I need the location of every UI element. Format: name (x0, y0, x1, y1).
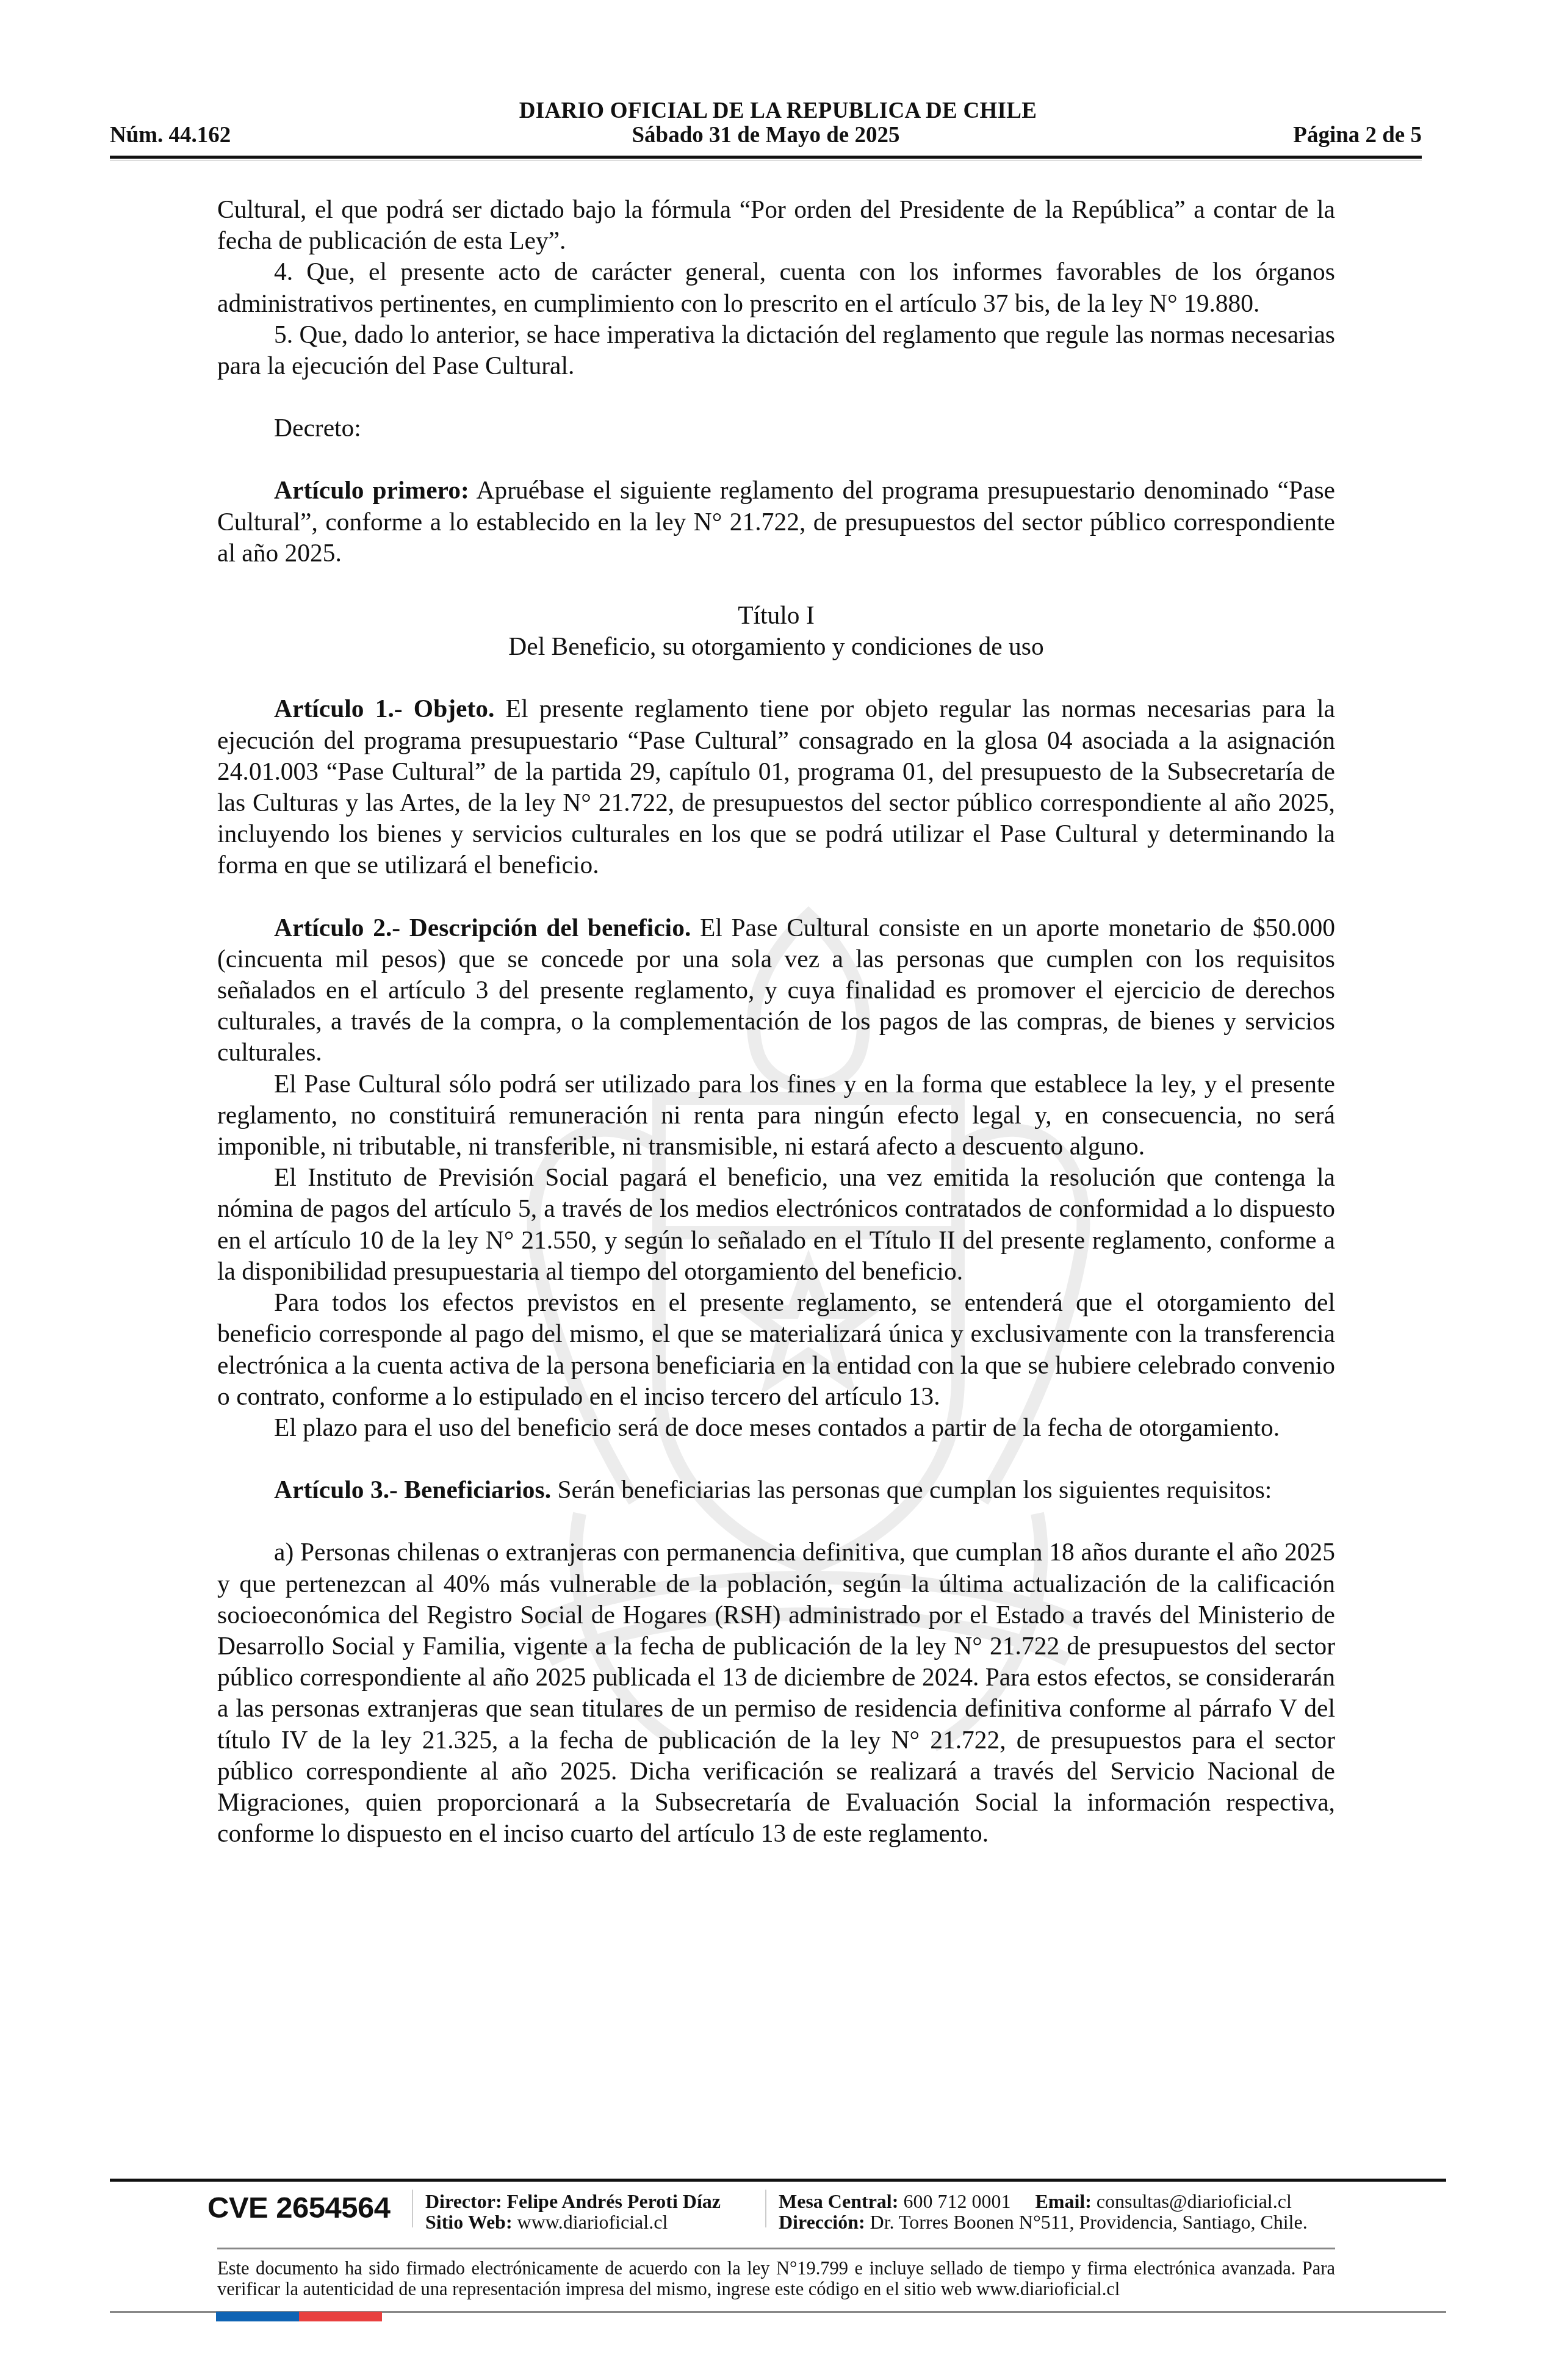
article-2-paragraph-3: El Instituto de Previsión Social pagará … (217, 1162, 1335, 1287)
article-2-paragraph-2: El Pase Cultural sólo podrá ser utilizad… (217, 1069, 1335, 1163)
publication-date: Sábado 31 de Mayo de 2025 (110, 122, 1422, 148)
flag-stripe-blue (216, 2312, 299, 2321)
decreto-label: Decreto: (217, 413, 1335, 444)
header-divider-thin (110, 160, 1422, 161)
director-name: Felipe Andrés Peroti Díaz (502, 2190, 721, 2212)
website-link[interactable]: www.diarioficial.cl (513, 2211, 668, 2233)
title-number: Título I (217, 600, 1335, 631)
article-3-item-a: a) Personas chilenas o extranjeras con p… (217, 1537, 1335, 1849)
document-body: Cultural, el que podrá ser dictado bajo … (217, 194, 1335, 1849)
email-link[interactable]: consultas@diarioficial.cl (1092, 2190, 1292, 2212)
document-page: DIARIO OFICIAL DE LA REPUBLICA DE CHILE … (0, 0, 1556, 2380)
article-3: Artículo 3.- Beneficiarios. Serán benefi… (217, 1474, 1335, 1506)
article-heading: Artículo 1.- Objeto. (274, 694, 494, 723)
header-row: Núm. 44.162 Sábado 31 de Mayo de 2025 Pá… (110, 122, 1422, 149)
article-2-paragraph-4: Para todos los efectos previstos en el p… (217, 1287, 1335, 1412)
footer-separator (765, 2190, 766, 2227)
publication-title: DIARIO OFICIAL DE LA REPUBLICA DE CHILE (0, 98, 1556, 124)
paragraph-considerando-4: 4. Que, el presente acto de carácter gen… (217, 256, 1335, 319)
article-1: Artículo 1.- Objeto. El presente reglame… (217, 693, 1335, 881)
header-divider (110, 156, 1422, 159)
footer-divider-thin (217, 2248, 1335, 2249)
page-indicator: Página 2 de 5 (1293, 122, 1422, 148)
article-primero: Artículo primero: Apruébase el siguiente… (217, 475, 1335, 569)
address: Dr. Torres Boonen N°511, Providencia, Sa… (865, 2211, 1308, 2233)
flag-stripe-red (299, 2312, 382, 2321)
paragraph-continuation: Cultural, el que podrá ser dictado bajo … (217, 194, 1335, 256)
footer-director-column: Director: Felipe Andrés Peroti Díaz Siti… (425, 2191, 721, 2232)
footer-separator (412, 2190, 413, 2227)
legal-notice: Este documento ha sido firmado electróni… (217, 2258, 1335, 2299)
paragraph-considerando-5: 5. Que, dado lo anterior, se hace impera… (217, 319, 1335, 381)
footer-divider (110, 2179, 1446, 2182)
cve-code: CVE 2654564 (207, 2191, 391, 2225)
article-2: Artículo 2.- Descripción del beneficio. … (217, 912, 1335, 1069)
phone-number: 600 712 0001 (898, 2190, 1010, 2212)
article-heading: Artículo 3.- Beneficiarios. (274, 1476, 551, 1504)
title-name: Del Beneficio, su otorgamiento y condici… (217, 631, 1335, 662)
article-2-paragraph-5: El plazo para el uso del beneficio será … (217, 1412, 1335, 1443)
article-heading: Artículo 2.- Descripción del beneficio. (274, 914, 691, 942)
footer-contact-column: Mesa Central: 600 712 0001Email: consult… (779, 2191, 1308, 2232)
article-heading: Artículo primero: (274, 476, 469, 504)
